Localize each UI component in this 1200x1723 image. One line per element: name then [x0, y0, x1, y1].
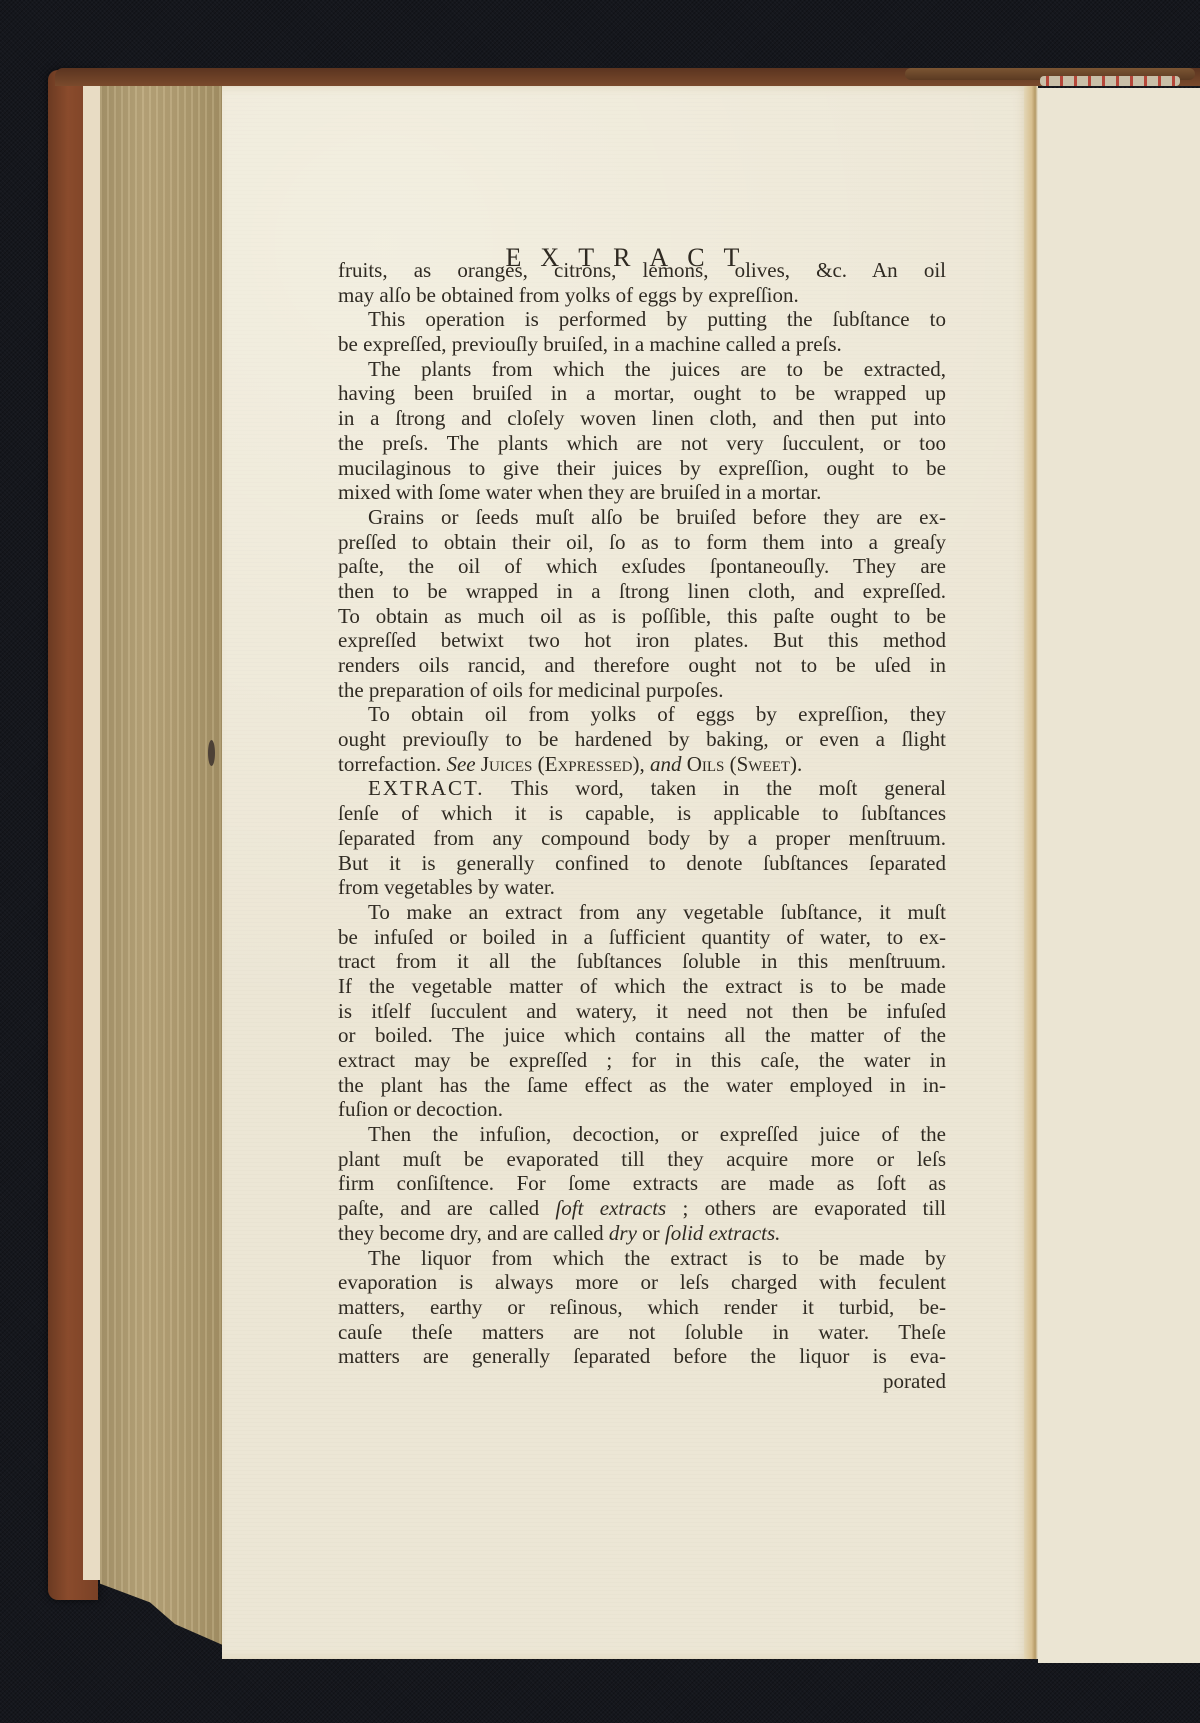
- text-line: torrefaction. See Juices (Expressed), an…: [338, 752, 946, 777]
- text-line: ought previouſly to be hardened by bakin…: [338, 727, 946, 752]
- text-line: This operation is performed by putting t…: [338, 307, 946, 332]
- italic-run: ſolid extracts.: [665, 1221, 780, 1245]
- text-line: firm conſiſtence. For ſome extracts are …: [338, 1171, 946, 1196]
- text-run: ; others are evaporated till: [666, 1196, 946, 1220]
- text-line: fuſion or decoction.: [338, 1097, 946, 1122]
- italic-run: ſoft extracts: [555, 1196, 666, 1220]
- page-stack-blemish: [208, 740, 215, 766]
- text-line: in a ſtrong and cloſely woven linen clot…: [338, 406, 946, 431]
- text-line: To obtain as much oil as is poſſible, th…: [338, 604, 946, 629]
- book-photograph: EXTRACT fruits, as oranges, citrons, lem…: [0, 0, 1200, 1723]
- text-line: then to be wrapped in a ſtrong linen clo…: [338, 579, 946, 604]
- text-line: having been bruiſed in a mortar, ought t…: [338, 381, 946, 406]
- body-text: fruits, as oranges, citrons, lemons, oli…: [338, 258, 946, 1394]
- text-line: paſte, and are called ſoft extracts ; ot…: [338, 1196, 946, 1221]
- text-line: extract may be expreſſed ; for in this c…: [338, 1048, 946, 1073]
- text-line: EXTRACT. This word, taken in the moſt ge…: [338, 776, 946, 801]
- small-caps-run: Juices (Expressed),: [476, 752, 650, 776]
- text-line: or boiled. The juice which contains all …: [338, 1023, 946, 1048]
- text-line: renders oils rancid, and therefore ought…: [338, 653, 946, 678]
- text-line: may alſo be obtained from yolks of eggs …: [338, 283, 946, 308]
- text-line: evaporation is always more or leſs charg…: [338, 1270, 946, 1295]
- italic-run: and: [650, 752, 682, 776]
- text-line: tract from it all the ſubſtances ſoluble…: [338, 949, 946, 974]
- text-line: To obtain oil from yolks of eggs by expr…: [338, 702, 946, 727]
- text-line: they become dry, and are called dry or ſ…: [338, 1221, 946, 1246]
- headband: [1040, 76, 1180, 86]
- catchword: porated: [338, 1369, 946, 1394]
- text-line: is itſelf ſucculent and watery, it need …: [338, 999, 946, 1024]
- text-run: paſte, and are called: [338, 1196, 555, 1220]
- text-line: preſſed to obtain their oil, ſo as to fo…: [338, 530, 946, 555]
- text-line: mixed with ſome water when they are brui…: [338, 480, 946, 505]
- text-line: If the vegetable matter of which the ext…: [338, 974, 946, 999]
- text-line: the preſs. The plants which are not very…: [338, 431, 946, 456]
- gutter-fold: [1024, 86, 1038, 1659]
- text-line: matters are generally ſeparated before t…: [338, 1344, 946, 1369]
- text-line: But it is generally confined to denote ſ…: [338, 851, 946, 876]
- text-line: Grains or ſeeds muſt alſo be bruiſed bef…: [338, 505, 946, 530]
- small-caps-run: Oils (Sweet).: [681, 752, 802, 776]
- facing-page: [1038, 88, 1200, 1663]
- text-line: ſenſe of which it is capable, is applica…: [338, 801, 946, 826]
- italic-run: dry: [609, 1221, 637, 1245]
- text-run: or: [637, 1221, 665, 1245]
- text-line: cauſe theſe matters are not ſoluble in w…: [338, 1320, 946, 1345]
- text-run: torrefaction.: [338, 752, 446, 776]
- text-line: the plant has the ſame effect as the wat…: [338, 1073, 946, 1098]
- page-stack-edges: [100, 86, 225, 1646]
- text-line: matters, earthy or reſinous, which rende…: [338, 1295, 946, 1320]
- text-line: from vegetables by water.: [338, 875, 946, 900]
- text-line: the preparation of oils for medicinal pu…: [338, 678, 946, 703]
- text-run: This word, taken in the moſt general: [485, 776, 946, 800]
- italic-run: See: [446, 752, 475, 776]
- text-line: plant muſt be evaporated till they acqui…: [338, 1147, 946, 1172]
- text-line: The plants from which the juices are to …: [338, 357, 946, 382]
- text-line: ſeparated from any compound body by a pr…: [338, 826, 946, 851]
- text-line: be infuſed or boiled in a ſufficient qua…: [338, 925, 946, 950]
- text-line: expreſſed betwixt two hot iron plates. B…: [338, 628, 946, 653]
- text-line: paſte, the oil of which exſudes ſpontane…: [338, 554, 946, 579]
- text-line: Then the infuſion, decoction, or expreſſ…: [338, 1122, 946, 1147]
- text-line: fruits, as oranges, citrons, lemons, oli…: [338, 258, 946, 283]
- text-line: be expreſſed, previouſly bruiſed, in a m…: [338, 332, 946, 357]
- text-line: mucilaginous to give their juices by exp…: [338, 456, 946, 481]
- text-line: The liquor from which the extract is to …: [338, 1246, 946, 1271]
- text-line: To make an extract from any vegetable ſu…: [338, 900, 946, 925]
- entry-headword: EXTRACT.: [368, 776, 485, 800]
- text-run: they become dry, and are called: [338, 1221, 609, 1245]
